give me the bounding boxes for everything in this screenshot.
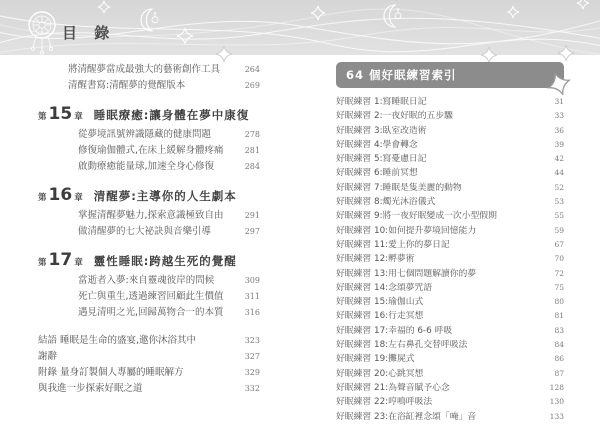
chapter-heading: 第 16 章 清醒夢:主導你的人生劇本 [38,185,260,205]
chapter-title: 睡眠療癒:讓身體在夢中康復 [94,107,250,123]
chapter-title: 靈性睡眠:跨越生死的覺醒 [94,253,237,269]
toc-entry-title: 掌握清醒夢魅力,探索意識極致自由 [78,208,224,224]
chapter-number: 17 [49,250,73,270]
index-entry-page-number: 86 [554,352,564,365]
toc-entry: 清醒書寫:清醒夢的覺醒版本 269 [68,78,260,94]
index-right-column: 64 個好眠練習索引 好眠練習 1:寫睡眠日記 31 好眠練習 2:一夜好眠的五… [336,62,564,424]
index-entry: 好眠練習 4:學會轉念 39 [336,138,564,152]
chapter-entries: 當逝者入夢:來自靈魂彼岸的問候 309 死亡與重生,透過練習回顧此生價值 311… [78,273,260,321]
index-entry: 好眠練習 5:寫憂慮日記 42 [336,152,564,166]
toc-entry-title: 修復瑜伽體式,在床上緩解身體疼痛 [78,143,224,159]
toc-entry-page-number: 311 [245,289,260,305]
index-entry-title: 好眠練習 23:在浴缸裡念頌「唵」音 [336,411,476,424]
index-entry-page-number: 36 [554,124,564,137]
index-entry-page-number: 52 [554,181,564,194]
index-entry: 好眠練習 13:用七個問題解讀你的夢 72 [336,267,564,281]
index-entry-page-number: 75 [554,281,564,294]
chapter-heading: 第 15 章 睡眠療癒:讓身體在夢中康復 [38,104,260,124]
index-entry: 好眠練習 8:燭光沐浴儀式 53 [336,195,564,209]
index-entry: 好眠練習 14:念頌夢咒語 75 [336,281,564,295]
index-entry-title: 好眠練習 6:睡前冥想 [336,167,418,180]
toc-entry-title: 謝辭 [38,349,57,365]
chapter-prefix: 第 [38,110,47,122]
chapter-suffix: 章 [74,191,83,203]
index-entry-title: 好眠練習 13:用七個問題解讀你的夢 [336,268,476,281]
index-entry-title: 好眠練習 12:孵夢術 [336,253,415,266]
chapter-heading: 第 17 章 靈性睡眠:跨越生死的覺醒 [38,250,260,270]
index-entry-title: 好眠練習 14:念頌夢咒語 [336,282,432,295]
toc-entry-title: 將清醒夢當成最強大的藝術創作工具 [68,62,220,78]
index-entry-page-number: 128 [550,381,564,394]
toc-entry-title: 從夢境訊號辨識隱藏的健康問題 [78,127,211,143]
index-entry-title: 好眠練習 17:幸福的 6-6 呼吸 [336,325,452,338]
toc-entry-page-number: 327 [245,349,260,365]
index-entry-title: 好眠練習 22:哼鳴呼吸法 [336,396,432,409]
toc-entry-page-number: 297 [245,224,260,240]
toc-entry: 當逝者入夢:來自靈魂彼岸的問候 309 [78,273,260,289]
toc-entry-title: 與我進一步探索好眠之道 [38,381,143,397]
book-toc-page: 目 錄 將清醒夢當成最強大的藝術創作工具 264 清醒書寫:清醒夢的覺醒版本 2… [0,0,600,425]
index-entry: 好眠練習 21:為聲音賦予心念 128 [336,381,564,395]
index-entry-page-number: 83 [554,324,564,337]
index-entry: 好眠練習 19:攤屍式 86 [336,352,564,366]
index-entry-title: 好眠練習 1:寫睡眠日記 [336,96,427,109]
chapter-entries: 掌握清醒夢魅力,探索意識極致自由 291 做清醒夢的七大祕訣與音樂引導 297 [78,208,260,240]
index-header-label: 64 個好眠練習索引 [346,68,457,82]
index-entry-page-number: 44 [554,166,564,179]
toc-entry: 死亡與重生,透過練習回顧此生價值 311 [78,289,260,305]
index-entry-page-number: 84 [554,338,564,351]
index-entry: 好眠練習 23:在浴缸裡念頌「唵」音 133 [336,410,564,424]
toc-intro-list: 將清醒夢當成最強大的藝術創作工具 264 清醒書寫:清醒夢的覺醒版本 269 [68,62,260,94]
toc-entry: 附錄 量身訂製個人專屬的睡眠解方 329 [38,365,260,381]
index-entry-page-number: 42 [554,152,564,165]
index-entry: 好眠練習 15:瑜伽山式 80 [336,295,564,309]
toc-entry: 啟動療癒能量球,加速全身心修復 284 [78,159,260,175]
index-entry-page-number: 133 [550,410,564,423]
index-entry: 好眠練習 2:一夜好眠的五步驟 33 [336,109,564,123]
index-entry-page-number: 87 [554,367,564,380]
index-entry-title: 好眠練習 19:攤屍式 [336,353,415,366]
toc-entry: 與我進一步探索好眠之道 332 [38,381,260,397]
toc-entry: 結語 睡眠是生命的盛宴,邀你沐浴其中 323 [38,333,260,349]
crescent-moon-potion-icon [141,5,401,31]
index-entry: 好眠練習 3:臥室改造術 36 [336,124,564,138]
index-entry-title: 好眠練習 4:學會轉念 [336,139,418,152]
toc-end-matter: 結語 睡眠是生命的盛宴,邀你沐浴其中 323 謝辭 327 附錄 量身訂製個人專… [38,333,260,397]
dreamcatcher-icon [29,12,55,54]
index-entry: 好眠練習 12:孵夢術 70 [336,252,564,266]
toc-entry-page-number: 284 [245,159,260,175]
index-header: 64 個好眠練習索引 [336,62,564,88]
index-entry: 好眠練習 18:左右鼻孔交替呼吸法 84 [336,338,564,352]
toc-entry-page-number: 291 [245,208,260,224]
chapter-title: 清醒夢:主導你的人生劇本 [94,188,237,204]
toc-entry-title: 附錄 量身訂製個人專屬的睡眠解方 [38,365,184,381]
toc-entry-title: 啟動療癒能量球,加速全身心修復 [78,159,214,175]
index-entry: 好眠練習 9:將一夜好眠變成一次小型假期 55 [336,209,564,223]
toc-entry-page-number: 332 [245,381,260,397]
index-entry-page-number: 70 [554,252,564,265]
index-entry-title: 好眠練習 9:將一夜好眠變成一次小型假期 [336,210,497,223]
index-entry-page-number: 80 [554,295,564,308]
toc-entry-title: 結語 睡眠是生命的盛宴,邀你沐浴其中 [38,333,196,349]
index-entry: 好眠練習 20:心跳冥想 87 [336,367,564,381]
toc-entry: 修復瑜伽體式,在床上緩解身體疼痛 281 [78,143,260,159]
toc-left-column: 將清醒夢當成最強大的藝術創作工具 264 清醒書寫:清醒夢的覺醒版本 269 第… [38,62,260,397]
index-entry-page-number: 55 [554,209,564,222]
index-entry-title: 好眠練習 20:心跳冥想 [336,368,423,381]
chapter-prefix: 第 [38,256,47,268]
index-entry-title: 好眠練習 5:寫憂慮日記 [336,153,427,166]
index-entry-page-number: 39 [554,138,564,151]
chapter-17: 第 17 章 靈性睡眠:跨越生死的覺醒 當逝者入夢:來自靈魂彼岸的問候 309 … [38,250,260,321]
toc-entry-page-number: 264 [245,62,260,78]
toc-entry-title: 當逝者入夢:來自靈魂彼岸的問候 [78,273,214,289]
toc-entry-title: 遇見清明之光,回歸萬物合一的本質 [78,305,224,321]
chapter-suffix: 章 [74,110,83,122]
toc-entry-page-number: 278 [245,127,260,143]
toc-entry-page-number: 309 [245,273,260,289]
page-title: 目 錄 [62,22,115,43]
toc-entry: 謝辭 327 [38,349,260,365]
chapter-16: 第 16 章 清醒夢:主導你的人生劇本 掌握清醒夢魅力,探索意識極致自由 291… [38,185,260,240]
index-entry: 好眠練習 7:睡眠是隻美麗的動物 52 [336,181,564,195]
index-entry: 好眠練習 10:如何提升夢境回憶能力 59 [336,224,564,238]
index-entry-title: 好眠練習 8:燭光沐浴儀式 [336,196,435,209]
chapter-number: 16 [49,185,73,205]
banner-band [0,0,600,55]
toc-entry: 從夢境訊號辨識隱藏的健康問題 278 [78,127,260,143]
toc-entry-title: 死亡與重生,透過練習回顧此生價值 [78,289,224,305]
index-entry: 好眠練習 22:哼鳴呼吸法 130 [336,395,564,409]
index-list: 好眠練習 1:寫睡眠日記 31 好眠練習 2:一夜好眠的五步驟 33 好眠練習 … [336,95,564,424]
chapter-entries: 從夢境訊號辨識隱藏的健康問題 278 修復瑜伽體式,在床上緩解身體疼痛 281 … [78,127,260,175]
toc-entry-page-number: 323 [245,333,260,349]
toc-entry: 遇見清明之光,回歸萬物合一的本質 316 [78,305,260,321]
index-entry-title: 好眠練習 16:行走冥想 [336,310,423,323]
index-entry: 好眠練習 11:愛上你的夢日記 67 [336,238,564,252]
toc-entry: 將清醒夢當成最強大的藝術創作工具 264 [68,62,260,78]
chapter-suffix: 章 [74,256,83,268]
index-entry-title: 好眠練習 3:臥室改造術 [336,125,427,138]
index-entry-title: 好眠練習 2:一夜好眠的五步驟 [336,110,453,123]
index-entry-title: 好眠練習 10:如何提升夢境回憶能力 [336,225,476,238]
index-entry-page-number: 72 [554,267,564,280]
index-entry-page-number: 53 [554,195,564,208]
index-entry-title: 好眠練習 21:為聲音賦予心念 [336,382,450,395]
index-entry-title: 好眠練習 18:左右鼻孔交替呼吸法 [336,339,467,352]
toc-entry-title: 清醒書寫:清醒夢的覺醒版本 [68,78,185,94]
toc-entry-page-number: 316 [245,305,260,321]
index-entry-page-number: 130 [550,395,564,408]
index-entry-page-number: 67 [554,238,564,251]
index-entry: 好眠練習 1:寫睡眠日記 31 [336,95,564,109]
four-point-star-icon [216,45,574,63]
index-entry-page-number: 81 [554,309,564,322]
four-point-star-icon [545,70,573,98]
index-entry: 好眠練習 16:行走冥想 81 [336,309,564,323]
index-entry-title: 好眠練習 11:愛上你的夢日記 [336,239,450,252]
toc-entry-page-number: 281 [245,143,260,159]
toc-entry-page-number: 269 [245,78,260,94]
index-entry-title: 好眠練習 15:瑜伽山式 [336,296,423,309]
four-point-star-icon [98,0,589,44]
index-entry-page-number: 59 [554,224,564,237]
toc-entry: 掌握清醒夢魅力,探索意識極致自由 291 [78,208,260,224]
toc-entry-page-number: 329 [245,365,260,381]
index-entry-title: 好眠練習 7:睡眠是隻美麗的動物 [336,182,462,195]
wave-lines [0,9,600,56]
chapter-number: 15 [49,104,73,124]
chapter-15: 第 15 章 睡眠療癒:讓身體在夢中康復 從夢境訊號辨識隱藏的健康問題 278 … [38,104,260,175]
index-entry: 好眠練習 17:幸福的 6-6 呼吸 83 [336,324,564,338]
toc-entry: 做清醒夢的七大祕訣與音樂引導 297 [78,224,260,240]
chapter-prefix: 第 [38,191,47,203]
index-entry-page-number: 33 [554,109,564,122]
toc-entry-title: 做清醒夢的七大祕訣與音樂引導 [78,224,211,240]
index-entry: 好眠練習 6:睡前冥想 44 [336,166,564,180]
